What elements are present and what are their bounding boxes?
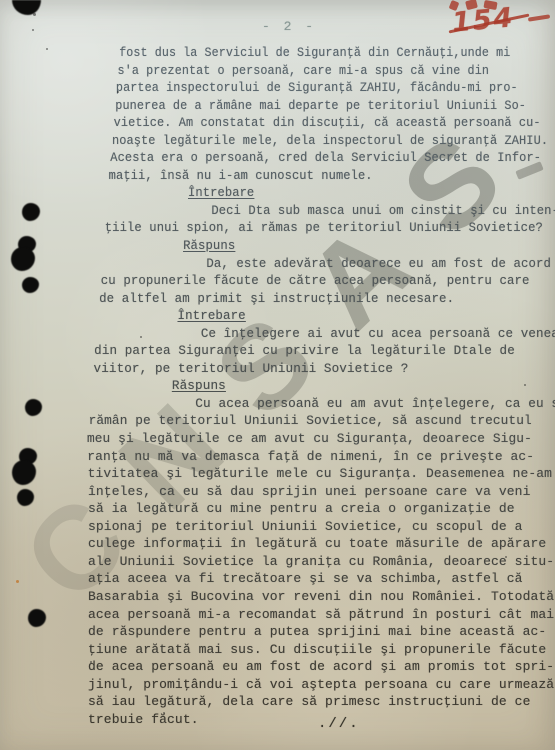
text-line: culege informaţii în legătură cu toate m… [0,535,555,553]
handwritten-dash [528,14,550,21]
text-line: Ce înţelegere ai avut cu acea persoană c… [116,325,539,343]
paper-speck [140,336,142,338]
paper-speck [16,580,19,583]
paper-speck [90,661,92,663]
text-line: maţii, însă nu i-am cunoscut numele. [27,167,517,185]
text-line: ţiune arătată mai sus. Cu discuţiile şi … [0,641,555,659]
text-line: tivitatea şi legăturile mele cu Siguranţ… [0,465,553,483]
paper-speck [32,29,34,31]
text-line: trebuie făcut. [0,711,555,729]
text-line: să ia legătură cu mine pentru a creia o … [0,500,555,518]
text-line: aţia aceea va fi trecătoare şi se va sch… [0,570,555,588]
handwritten-folio-number: 154 [452,5,552,41]
text-line: rămân pe teritoriul Uniunii Sovietice, s… [2,412,546,430]
text-line: acea persoană mi-a recomandat să pătrund… [0,606,555,624]
text-line: fost dus la Serviciul de Siguranţă din C… [40,44,504,62]
text-line: de răspundere pentru a putea sprijini ma… [0,623,555,641]
text-line: din partea Siguranţei cu privire la legă… [9,342,537,360]
typewritten-body: fost dus la Serviciul de Siguranţă din C… [0,44,555,728]
text-line: spionaj pe teritoriul Uniunii Sovietice,… [0,518,555,536]
ink-blob [12,0,41,15]
text-line: să iau legătură, dela care să primesc in… [0,693,555,711]
text-line: punerea de a rămâne mai departe pe terit… [35,97,510,115]
paper-speck [163,712,165,714]
text-line: meu şi legăturile ce am avut cu Siguranţ… [0,430,548,448]
end-mark: .//. [318,716,360,732]
paper-speck [524,384,526,386]
text-line: de acea persoană eu am fost de acord şi … [0,658,555,676]
text-line: ale Uniunii Sovietice la graniţa cu Româ… [0,553,555,571]
paper-speck [242,564,244,566]
paper-speck [505,556,507,558]
paper-speck [117,91,119,93]
text-line: Cu acea persoană eu am avut înţelegere, … [109,395,546,413]
text-line: jinul, promiţându-i că voi aştepta perso… [0,676,555,694]
text-line: ţiile unui spion, ai rămas pe teritoriul… [22,219,523,237]
text-line: înţeles, ca eu să dau sprijin unei perso… [0,483,555,501]
section-heading: Răspuns [86,377,544,395]
text-line: Acesta era o persoană, cred dela Servici… [29,149,515,167]
text-line: vietice. Am constatat din discuţii, că a… [33,114,511,132]
paper-speck [33,13,36,16]
page-number: - 2 - [262,19,316,34]
scanned-document-page: CNSAS - 2 - 154 fost dus la Serviciul de… [0,0,555,750]
text-line: s'a prezentat o persoană, care mi-a spus… [38,62,505,80]
text-line: partea inspectorului de Siguranţă ZAHIU,… [36,79,507,97]
text-line: ranţa nu mă va demasca faţă de nimeni, î… [0,448,551,466]
section-heading: Întrebare [106,184,525,202]
text-line: noaşte legăturile mele, dela inspectorul… [31,132,513,150]
paper-speck [445,207,447,209]
text-line: cu propunerile făcute de către acea pers… [17,272,530,290]
section-heading: Răspuns [100,237,529,255]
text-line: viitor, pe teritoriul Uniunii Sovietice … [8,360,540,378]
text-line: Basarabia şi Bucovina vor reveni din nou… [0,588,555,606]
text-line: de altfel am primit şi instrucţiunile ne… [15,290,531,308]
paper-speck [46,48,48,50]
text-line: Da, este adevărat deoarece eu am fost de… [123,255,532,273]
section-heading: Întrebare [93,307,537,325]
text-line: Deci Dta sub masca unui om cinstit şi cu… [129,202,528,220]
